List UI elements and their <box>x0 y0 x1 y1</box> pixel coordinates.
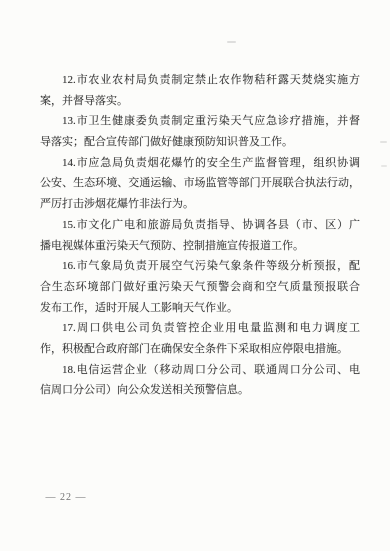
scan-artifact <box>381 165 387 167</box>
item-18-line-1: 18.电信运营企业（移动周口分公司、联通周口分公司、电 <box>40 360 360 381</box>
document-body: 12.市农业农村局负责制定禁止农作物秸秆露天焚烧实施方 案，并督导落实。 13.… <box>40 70 360 401</box>
item-15-line-1: 15.市文化广电和旅游局负责指导、协调各县（市、区）广 <box>40 215 360 236</box>
item-12-line-2: 案，并督导落实。 <box>40 91 360 112</box>
item-15-line-2: 播电视媒体重污染天气预防、控制措施宣传报道工作。 <box>40 236 360 257</box>
item-17: 17.周口供电公司负责管控企业用电量监测和电力调度工 作，积极配合政府部门在确保… <box>40 318 360 359</box>
scan-artifact <box>227 41 236 43</box>
item-12: 12.市农业农村局负责制定禁止农作物秸秆露天焚烧实施方 案，并督导落实。 <box>40 70 360 111</box>
item-14-line-2: 公安、生态环境、交通运输、市场监管等部门开展联合执法行动， <box>40 173 360 194</box>
item-13-line-1: 13.市卫生健康委负责制定重污染天气应急诊疗措施，并督 <box>40 111 360 132</box>
item-18: 18.电信运营企业（移动周口分公司、联通周口分公司、电 信周口分公司）向公众发送… <box>40 360 360 401</box>
item-16-line-2: 合生态环境部门做好重污染天气预警会商和空气质量预报联合 <box>40 277 360 298</box>
item-18-line-2: 信周口分公司）向公众发送相关预警信息。 <box>40 380 360 401</box>
item-17-line-1: 17.周口供电公司负责管控企业用电量监测和电力调度工 <box>40 318 360 339</box>
item-14-line-3: 严厉打击涉烟花爆竹非法行为。 <box>40 194 360 215</box>
item-14: 14.市应急局负责烟花爆竹的安全生产监督管理，组织协调 公安、生态环境、交通运输… <box>40 153 360 215</box>
item-15: 15.市文化广电和旅游局负责指导、协调各县（市、区）广 播电视媒体重污染天气预防… <box>40 215 360 256</box>
scan-artifact <box>380 141 387 143</box>
item-16-line-3: 发布工作，适时开展人工影响天气作业。 <box>40 298 360 319</box>
item-13: 13.市卫生健康委负责制定重污染天气应急诊疗措施，并督 导落实；配合宣传部门做好… <box>40 111 360 152</box>
item-14-line-1: 14.市应急局负责烟花爆竹的安全生产监督管理，组织协调 <box>40 153 360 174</box>
item-13-line-2: 导落实；配合宣传部门做好健康预防知识普及工作。 <box>40 132 360 153</box>
page-number: — 22 — <box>38 492 94 503</box>
item-12-line-1: 12.市农业农村局负责制定禁止农作物秸秆露天焚烧实施方 <box>40 70 360 91</box>
item-17-line-2: 作，积极配合政府部门在确保安全条件下采取相应停限电措施。 <box>40 339 360 360</box>
item-16-line-1: 16.市气象局负责开展空气污染气象条件等级分析预报，配 <box>40 256 360 277</box>
scanned-document-page: 12.市农业农村局负责制定禁止农作物秸秆露天焚烧实施方 案，并督导落实。 13.… <box>0 0 390 551</box>
item-16: 16.市气象局负责开展空气污染气象条件等级分析预报，配 合生态环境部门做好重污染… <box>40 256 360 318</box>
